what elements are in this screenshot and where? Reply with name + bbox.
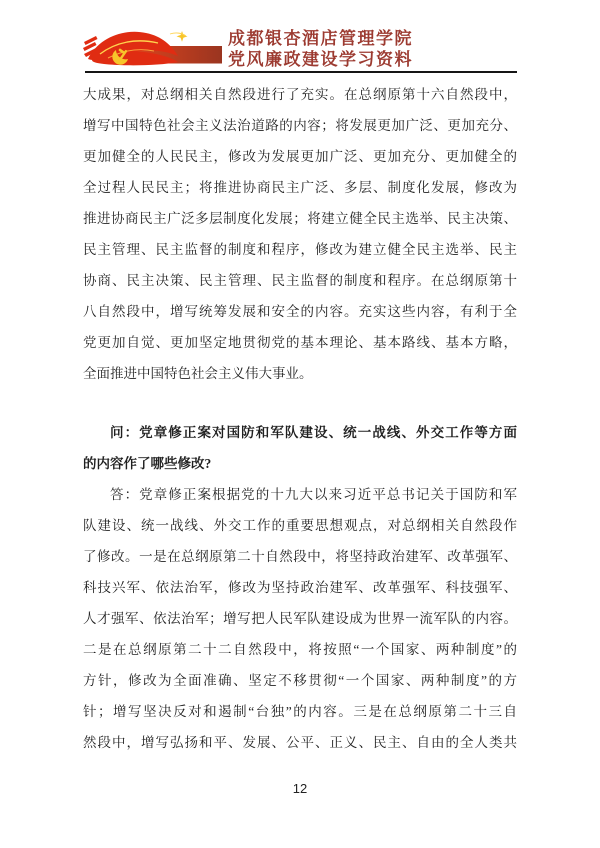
text-line: 人才强军、依法治军；增写把人民军队建设成为世界一流军队的内容。 [83, 603, 517, 634]
document-page: 成都银杏酒店管理学院 党风廉政建设学习资料 大成果，对总纲相关自然段进行了充实。… [0, 0, 600, 848]
text-line: 全过程人民民主；将推进协商民主广泛、多层、制度化发展，修改为 [83, 172, 517, 203]
text-line: 大成果，对总纲相关自然段进行了充实。在总纲原第十六自然段中， [83, 79, 517, 110]
page-number: 12 [0, 781, 600, 796]
text-line: 更加健全的人民民主，修改为发展更加广泛、更加充分、更加健全的 [83, 141, 517, 172]
text-line: 了修改。一是在总纲原第二十自然段中，将坚持政治建军、改革强军、 [83, 541, 517, 572]
text-line: 党更加自觉、更加坚定地贯彻党的基本理论、基本路线、基本方略， [83, 327, 517, 358]
header-divider [85, 71, 517, 73]
party-flame-logo-icon [82, 26, 222, 70]
paragraph-question: 问：党章修正案对国防和军队建设、统一战线、外交工作等方面的内容作了哪些修改? [83, 417, 517, 479]
text-line: 协商、民主决策、民主管理、民主监督的制度和程序。在总纲原第十 [83, 265, 517, 296]
document-body: 大成果，对总纲相关自然段进行了充实。在总纲原第十六自然段中，增写中国特色社会主义… [83, 79, 517, 758]
header-title-block: 成都银杏酒店管理学院 党风廉政建设学习资料 [228, 29, 413, 70]
text-line: 民主管理、民主监督的制度和程序，修改为建立健全民主选举、民主 [83, 234, 517, 265]
text-line: 的内容作了哪些修改? [83, 448, 517, 479]
text-line: 队建设、统一战线、外交工作的重要思想观点，对总纲相关自然段作 [83, 510, 517, 541]
paragraph-answer: 答：党章修正案根据党的十九大以来习近平总书记关于国防和军队建设、统一战线、外交工… [83, 479, 517, 758]
org-name: 成都银杏酒店管理学院 [228, 29, 413, 50]
text-line: 增写中国特色社会主义法治道路的内容；将发展更加广泛、更加充分、 [83, 110, 517, 141]
doc-series-title: 党风廉政建设学习资料 [228, 50, 413, 71]
text-line: 全面推进中国特色社会主义伟大事业。 [83, 358, 517, 389]
text-line: 推进协商民主广泛多层制度化发展；将建立健全民主选举、民主决策、 [83, 203, 517, 234]
text-line: 八自然段中，增写统筹发展和安全的内容。充实这些内容，有利于全 [83, 296, 517, 327]
text-line: 然段中，增写弘扬和平、发展、公平、正义、民主、自由的全人类共 [83, 727, 517, 758]
text-line: 方针，修改为全面准确、坚定不移贯彻“一个国家、两种制度”的方 [83, 665, 517, 696]
text-line: 科技兴军、依法治军，修改为坚持政治建军、改革强军、科技强军、 [83, 572, 517, 603]
text-line: 二是在总纲原第二十二自然段中，将按照“一个国家、两种制度”的 [83, 634, 517, 665]
text-line: 针；增写坚决反对和遏制“台独”的内容。三是在总纲原第二十三自 [83, 696, 517, 727]
paragraph-body: 大成果，对总纲相关自然段进行了充实。在总纲原第十六自然段中，增写中国特色社会主义… [83, 79, 517, 389]
text-line: 问：党章修正案对国防和军队建设、统一战线、外交工作等方面 [83, 417, 517, 448]
text-line: 答：党章修正案根据党的十九大以来习近平总书记关于国防和军 [83, 479, 517, 510]
